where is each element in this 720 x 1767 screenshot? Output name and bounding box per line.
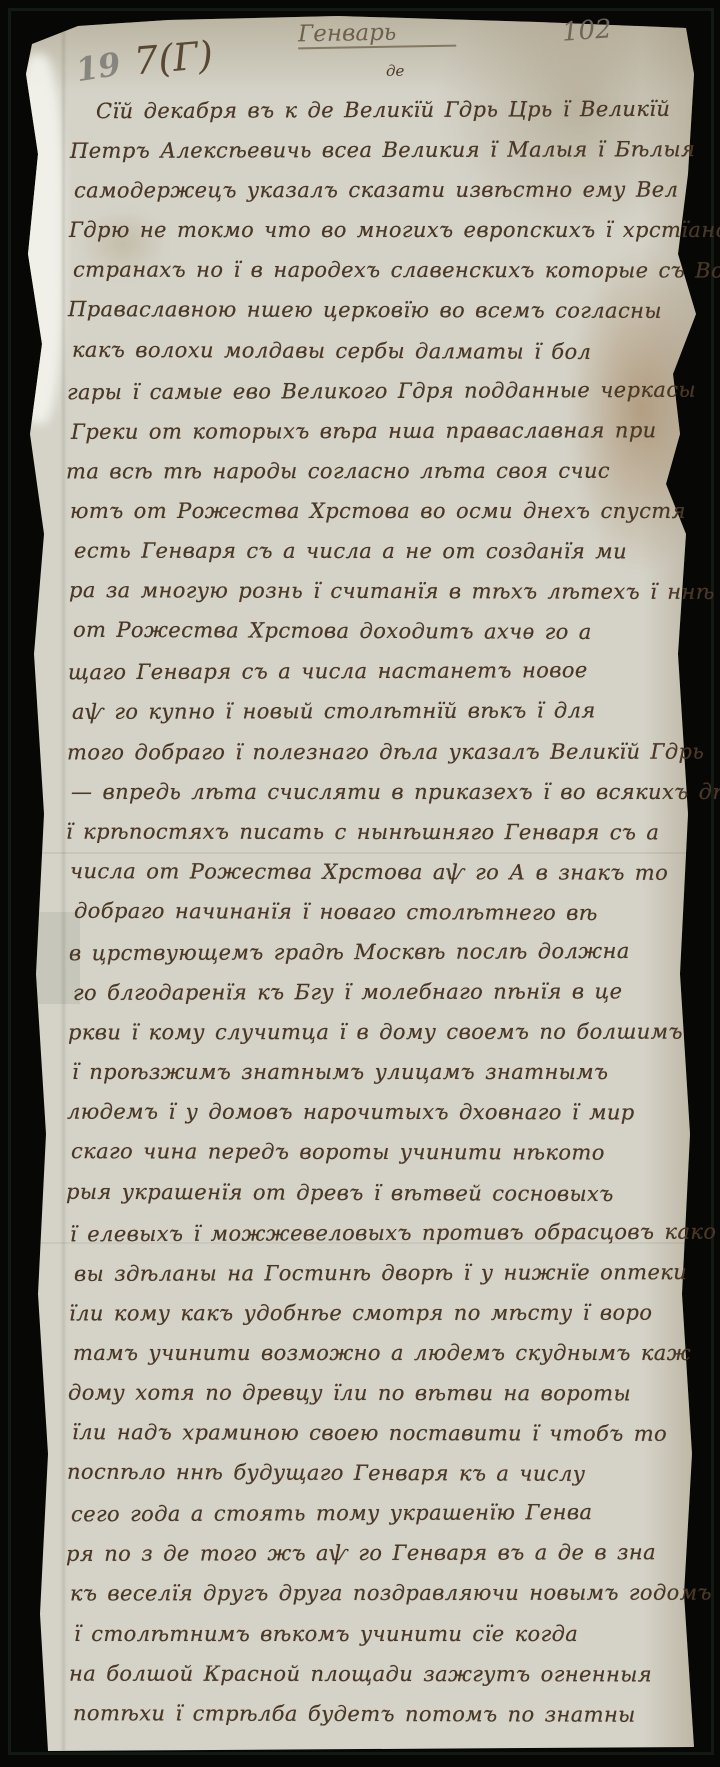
manuscript-line: ї елевыхъ ї можжевеловыхъ противъ обрасц… — [70, 1211, 686, 1254]
manuscript-line: ра за многую рознь ї считанїя в тѣхъ лѣт… — [69, 570, 685, 612]
manuscript-line: го блгодаренїя къ Бгу ї молебнаго пѣнїя … — [73, 971, 689, 1013]
manuscript-line: щаго Генваря съ а числа настанетъ новое — [68, 650, 684, 693]
manuscript-line: того добраго ї полезнаго дѣла указалъ Ве… — [67, 731, 683, 772]
manuscript-line: та всѣ тѣ народы согласно лѣта своя счис — [66, 450, 682, 491]
manuscript-line: сего года а стоять тому украшенїю Генва — [71, 1492, 687, 1535]
manuscript-line: Петръ Алексѣевичь всеа Великия ї Малыя ї… — [70, 129, 686, 171]
vertical-crease — [62, 14, 65, 1751]
manuscript-line: Греки от которыхъ вѣра нша праваславная … — [71, 410, 687, 452]
manuscript-line: рыя украшенїя от древъ ї вѣтвей сосновых… — [66, 1171, 682, 1214]
folio-number: 102 — [561, 14, 613, 47]
manuscript-line: ркви ї кому случитца ї в дому своемъ по … — [68, 1012, 684, 1053]
photo-frame: Генварь 102 19 7(Г) де Сїй декабря въ к … — [0, 0, 720, 1767]
manuscript-line: аѱ го купно ї новый столѣтнїй вѣкъ ї для — [72, 691, 688, 733]
manuscript-line: дому хотя по древцу їли по вѣтви на воро… — [68, 1373, 684, 1414]
manuscript-line: — впредь лѣта счисляти в приказехъ ї во … — [71, 772, 687, 812]
manuscript-line: людемъ ї у домовъ нарочитыхъ дховнаго ї … — [67, 1092, 683, 1133]
manuscript-line: Сїй декабря въ к де Великїй Гдрь Црь ї В… — [96, 89, 712, 132]
manuscript-line: на болшой Красной площади зажгутъ огненн… — [69, 1653, 685, 1694]
scribal-flourish-mark: 7(Г) — [132, 33, 215, 84]
manuscript-line: Праваславною ншею церковїю во всемъ согл… — [68, 290, 684, 332]
manuscript-line: їли кому какъ удобнѣе смотря по мѣсту ї … — [69, 1292, 685, 1333]
manuscript-line: какъ волохи молдавы сербы далматы ї бол — [72, 329, 688, 372]
torn-white-patch — [12, 54, 64, 424]
manuscript-line: есть Генваря съ а числа а не от созданїя… — [74, 531, 690, 572]
manuscript-text: Сїй декабря въ к де Великїй Гдрь Црь ї В… — [70, 90, 686, 1734]
manuscript-line: ї крѣпостяхъ писать с нынѣшняго Генваря … — [66, 811, 682, 852]
manuscript-line: странахъ но ї в народехъ славенскихъ кот… — [73, 250, 689, 291]
pencil-page-number: 19 — [73, 45, 123, 89]
manuscript-line: от Рожества Хрстова доходитъ ахчѳ го а — [73, 610, 689, 653]
manuscript-line: тамъ учинити возможно а людемъ скуднымъ … — [73, 1333, 689, 1373]
manuscript-line: ютъ от Рожества Хрстова во осми днехъ сп… — [70, 491, 686, 531]
manuscript-line: вы здѣланы на Гостинѣ дворѣ ї у нижнїе о… — [74, 1252, 690, 1294]
manuscript-line: числа от Рожества Хрстова аѱ го А в знак… — [70, 851, 686, 893]
archival-header-annotation: Генварь — [298, 19, 457, 50]
manuscript-line: Гдрю не токмо что во многихъ европскихъ … — [69, 210, 685, 250]
manuscript-line: ря по з де того жъ аѱ го Генваря въ а де… — [66, 1533, 682, 1575]
manuscript-line: добраго начинанїя ї новаго столѣтнего вѣ — [74, 891, 690, 934]
manuscript-line: ї столѣтнимъ вѣкомъ учинити сїе когда — [74, 1614, 690, 1654]
manuscript-line: ї проѣзжимъ знатнымъ улицамъ знатнымъ — [72, 1052, 688, 1092]
manuscript-line: їли надъ храминою своею поставити ї чтоб… — [72, 1412, 688, 1454]
manuscript-line: къ веселїя другъ друга поздравляючи новы… — [70, 1573, 686, 1614]
manuscript-line: потѣхи ї стрѣлба будетъ потомъ по знатны — [73, 1693, 689, 1735]
manuscript-line: поспѣло ннѣ будущаго Генваря къ а числу — [67, 1452, 683, 1495]
manuscript-line: в црствующемъ градѣ Москвѣ послѣ должна — [69, 931, 685, 974]
superscript-abbreviation: де — [386, 62, 404, 80]
manuscript-line: скаго чина передъ вороты учинити нѣкото — [71, 1132, 687, 1174]
manuscript-line: гары ї самые ево Великого Гдря подданные… — [67, 369, 683, 412]
manuscript-line: самодержецъ указалъ сказати извѣстно ему… — [74, 170, 690, 211]
